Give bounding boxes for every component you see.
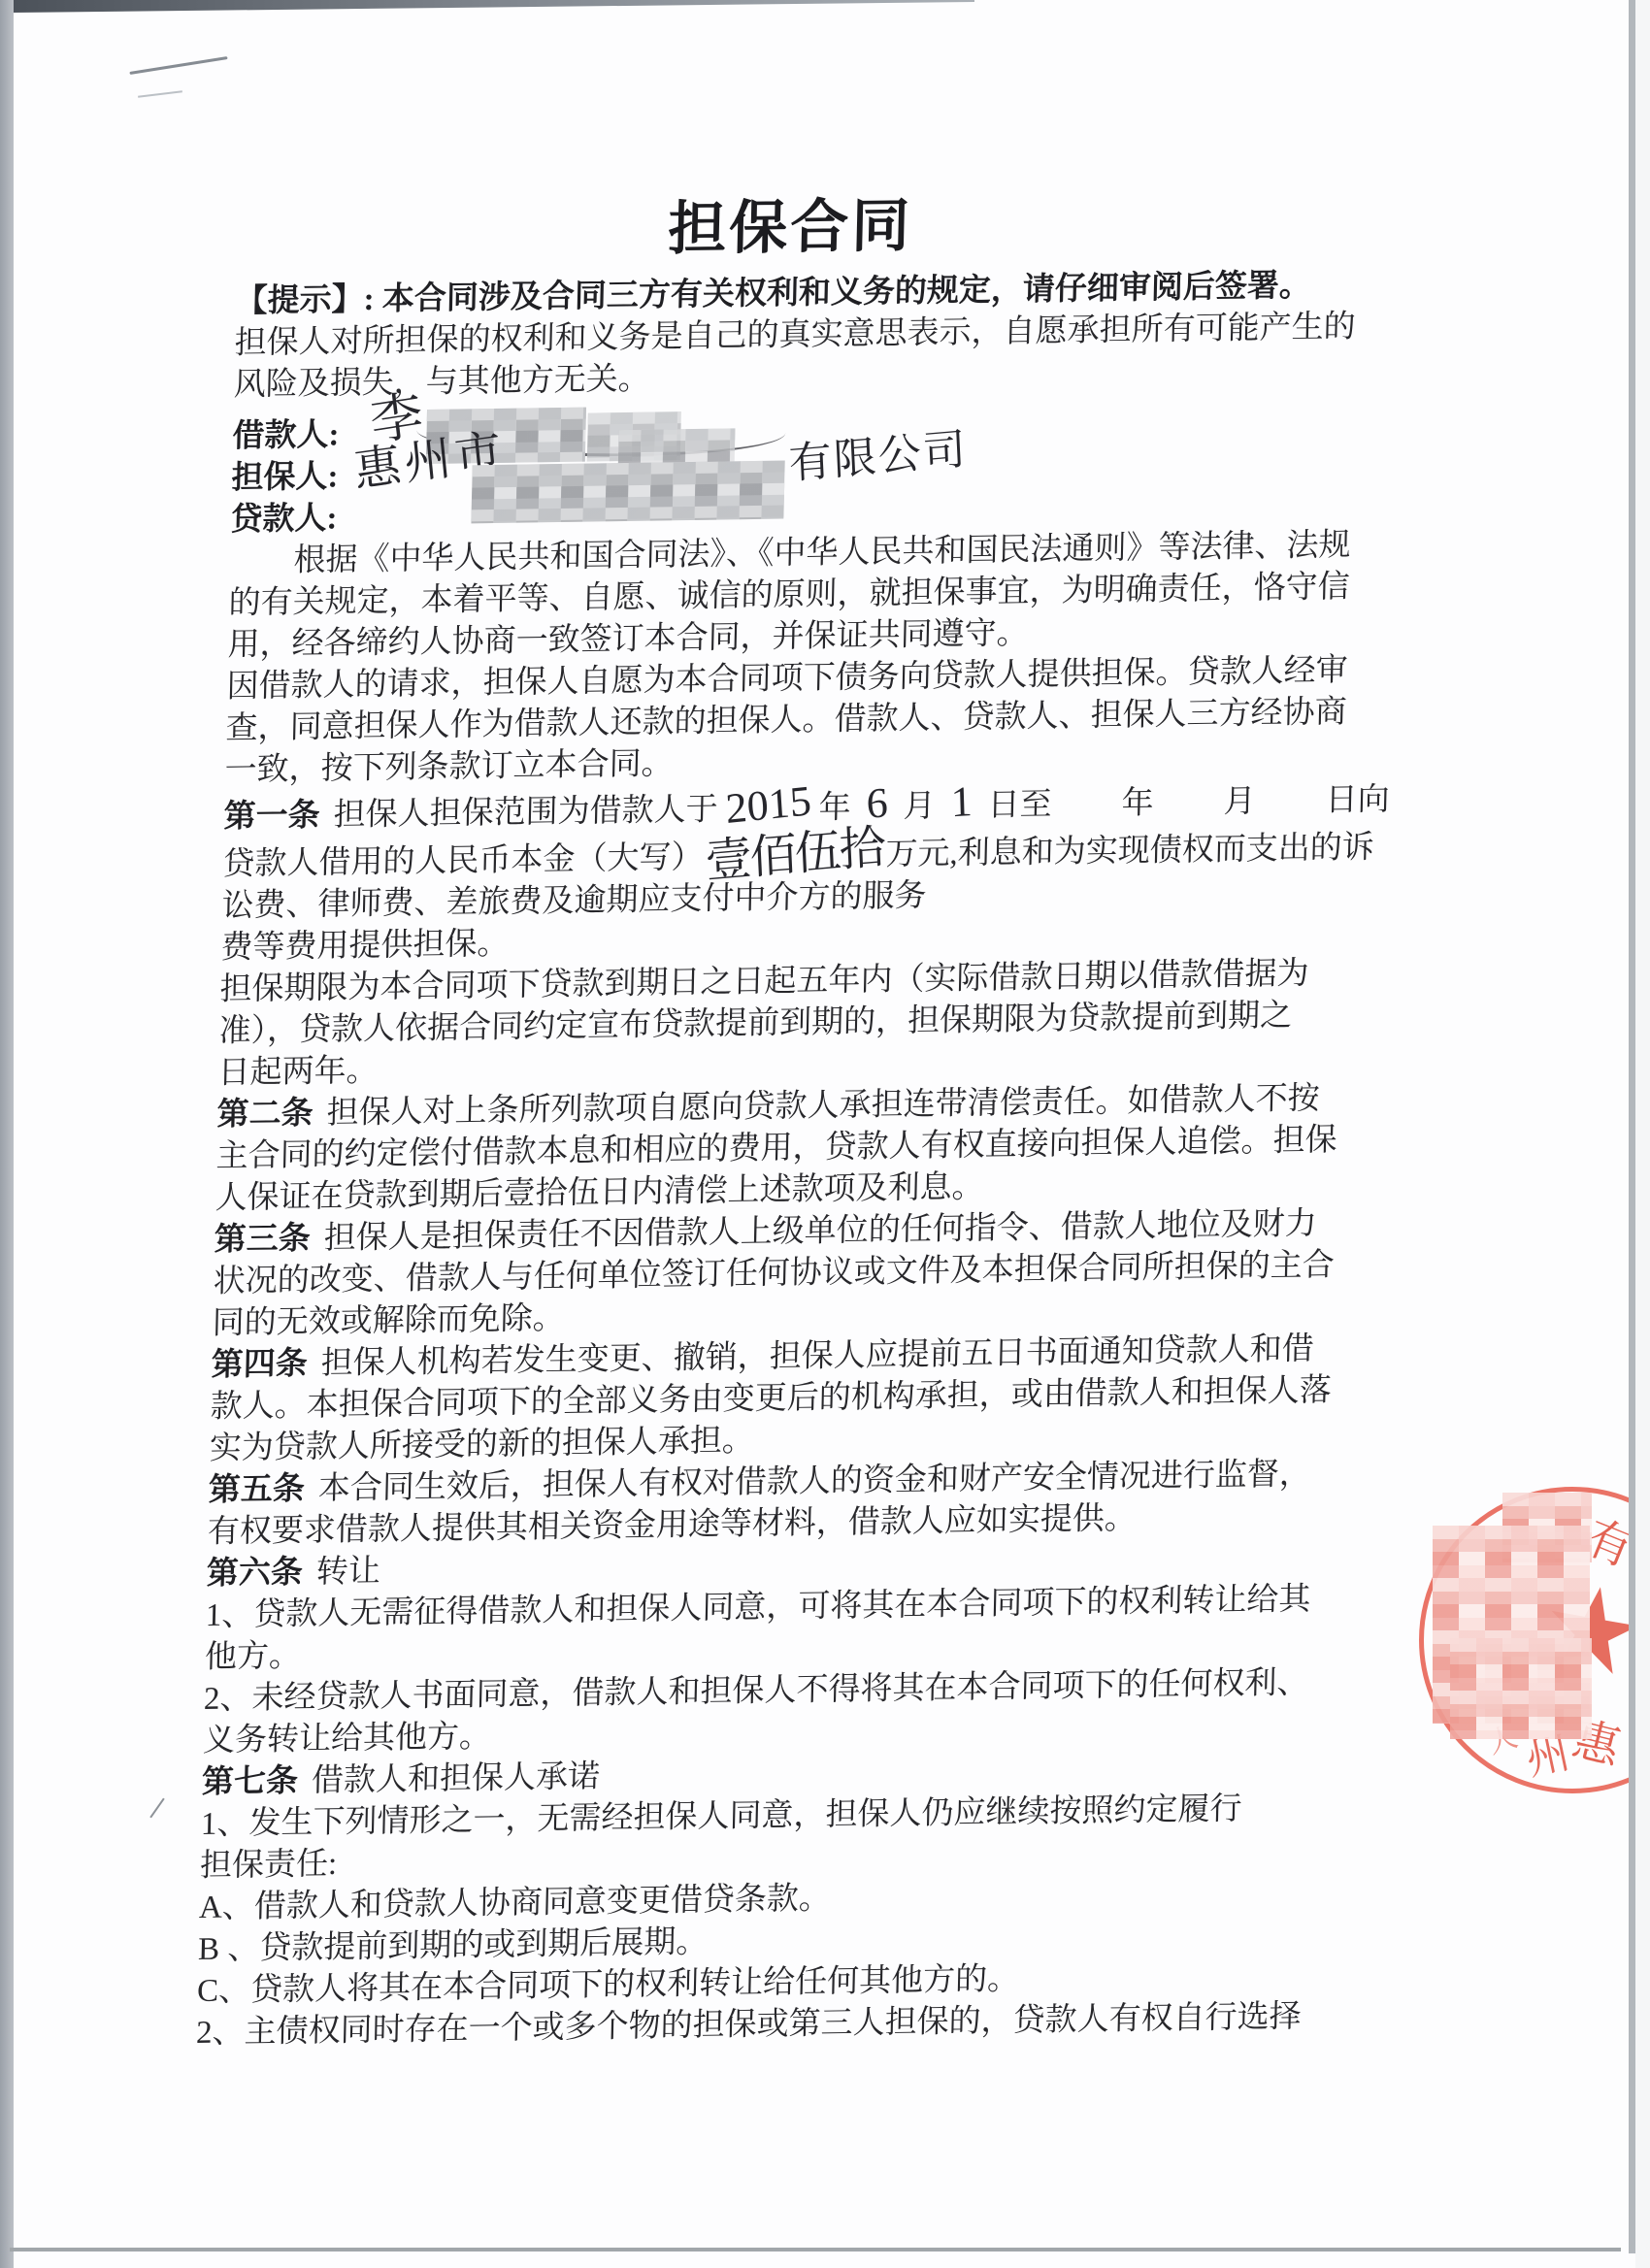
redaction-block — [471, 461, 784, 524]
handwritten-month: 6 — [866, 781, 888, 824]
article-2-number: 第二条 — [216, 1097, 313, 1133]
scanned-contract-page: 担保合同 【提示】: 本合同涉及合同三方有关权利和义务的规定，请仔细审阅后签署。… — [0, 0, 1650, 2268]
page-title: 担保合同 — [236, 183, 1344, 272]
article-6-title: 转让 — [315, 1554, 380, 1590]
scan-edge-top — [14, 0, 974, 13]
scan-edge-left — [0, 0, 14, 2268]
article-6-number: 第六条 — [206, 1556, 303, 1592]
handwritten-amount: 壹佰伍拾 — [705, 827, 885, 883]
notice-text: 担保人对所担保的权利和义务是自己的真实意思表示，自愿承担所有可能产生的 风险及损… — [233, 305, 1499, 407]
article-7-title: 借款人和担保人承诺 — [312, 1759, 601, 1798]
stray-pen-mark — [149, 1798, 164, 1819]
article-3-number: 第三条 — [214, 1222, 311, 1258]
scan-edge-bottom — [10, 2248, 1621, 2252]
blank-year-unit: 年 — [1121, 786, 1154, 821]
article-1-number: 第一条 — [223, 799, 320, 835]
article-2: 第二条担保人对上条所列款项自愿向贷款人承担连带清偿责任。如借款人不按 主合同的约… — [214, 1076, 1481, 1220]
article-4-number: 第四条 — [211, 1347, 308, 1383]
article-1: 第一条担保人担保范围为借款人于2015年6月1日至年月日向 贷款人借用的人民币本… — [217, 773, 1488, 1095]
article-1-text: 贷款人借用的人民币本金（大写） — [222, 840, 704, 882]
article-5-number: 第五条 — [208, 1472, 305, 1508]
article-1-text: 万元,利息和为实现债权而支出的诉 — [885, 830, 1374, 871]
article-3-text: 担保人是担保责任不因借款人上级单位的任何指令、借款人地位及财力 状况的改变、借款… — [212, 1206, 1335, 1341]
handwritten-year: 2015 — [724, 779, 812, 830]
article-4: 第四条担保人机构若发生变更、撤销，担保人应提前五日书面通知贷款人和借 款人。本担… — [209, 1327, 1475, 1470]
article-2-text: 担保人对上条所列款项自愿向贷款人承担连带清偿责任。如借款人不按 主合同的约定偿付… — [214, 1081, 1337, 1216]
blank-day-unit: 日向 — [1325, 782, 1390, 818]
blank-month-unit: 月 — [1223, 784, 1256, 819]
article-1-term: 担保期限为本合同项下贷款到期日之日起五年内（实际借款日期以借款借据为 准），贷款… — [217, 951, 1484, 1095]
contract-body: 担保合同 【提示】: 本合同涉及合同三方有关权利和义务的规定，请仔细审阅后签署。… — [196, 181, 1501, 2054]
scan-edge-right — [1629, 0, 1635, 2253]
article-1-text: 担保人担保范围为借款人于 — [333, 792, 718, 833]
year-unit: 年 — [818, 790, 851, 825]
article-4-text: 担保人机构若发生变更、撤销，担保人应提前五日书面通知贷款人和借 款人。本担保合同… — [209, 1331, 1332, 1466]
article-1-text: 日至 — [987, 787, 1052, 823]
preamble-request: 因借款人的请求，担保人自愿为本合同项下债务向贷款人提供担保。贷款人经审 查，同意… — [224, 648, 1491, 792]
article-7-number: 第七条 — [202, 1764, 299, 1800]
staple-mark-shadow — [138, 90, 182, 98]
scan-margin-right — [1635, 0, 1650, 2268]
staple-mark — [129, 56, 227, 75]
preamble-legal-basis: 根据《中华人民共和国合同法》、《中华人民共和国民法通则》等法律、法规 的有关规定… — [227, 523, 1494, 667]
month-unit: 月 — [903, 789, 936, 824]
handwritten-day: 1 — [950, 780, 973, 823]
article-3: 第三条担保人是担保责任不因借款人上级单位的任何指令、借款人地位及财力 状况的改变… — [212, 1201, 1478, 1345]
article-5-text: 本合同生效后，担保人有权对借款人的资金和财产安全情况进行监督， 有权要求借款人提… — [207, 1457, 1311, 1550]
parties-block: 借款人: 担保人: 贷款人: 李 惠州市 有限公司 — [230, 398, 1497, 542]
seal-redaction-block — [1450, 1638, 1592, 1739]
